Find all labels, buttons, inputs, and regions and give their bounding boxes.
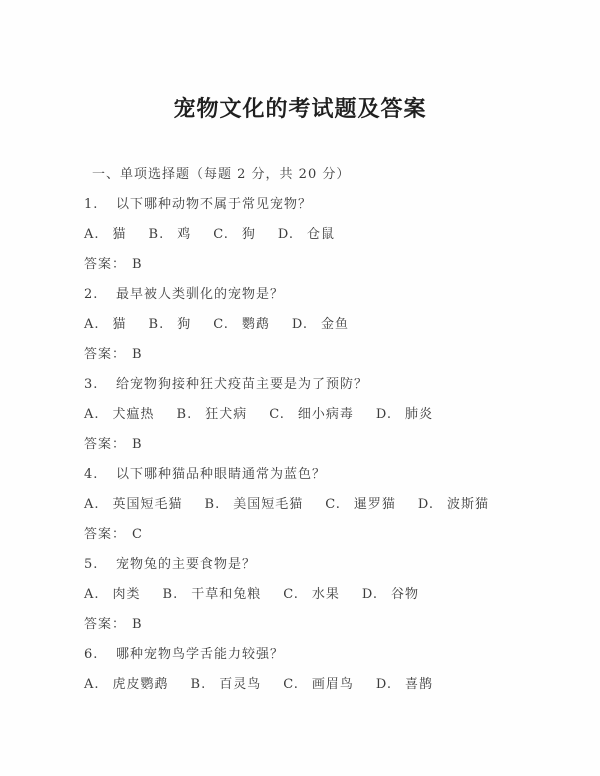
option-text: 狗 bbox=[242, 227, 256, 242]
option-b: B.百灵鸟 bbox=[191, 677, 262, 692]
option-label: C. bbox=[213, 227, 229, 242]
answer-value: C bbox=[132, 527, 143, 542]
option-label: B. bbox=[205, 497, 221, 512]
question-line: 1.以下哪种动物不属于常见宠物？ bbox=[84, 190, 560, 220]
option-label: C. bbox=[213, 317, 229, 332]
option-label: D. bbox=[376, 407, 392, 422]
option-label: D. bbox=[278, 227, 294, 242]
option-a: A.犬瘟热 bbox=[84, 407, 155, 422]
option-label: A. bbox=[84, 497, 100, 512]
option-label: B. bbox=[149, 227, 165, 242]
option-text: 细小病毒 bbox=[298, 407, 354, 422]
option-a: A.肉类 bbox=[84, 587, 141, 602]
option-text: 英国短毛猫 bbox=[113, 497, 183, 512]
option-d: D.波斯猫 bbox=[418, 497, 489, 512]
option-text: 肉类 bbox=[113, 587, 141, 602]
option-label: B. bbox=[191, 677, 207, 692]
option-label: A. bbox=[84, 317, 100, 332]
option-text: 虎皮鹦鹉 bbox=[113, 677, 169, 692]
option-text: 美国短毛猫 bbox=[233, 497, 303, 512]
question-line: 2.最早被人类驯化的宠物是？ bbox=[84, 280, 560, 310]
answer-value: B bbox=[132, 257, 143, 272]
options-line: A.英国短毛猫B.美国短毛猫C.暹罗猫D.波斯猫 bbox=[84, 490, 560, 520]
option-text: 狂犬病 bbox=[205, 407, 247, 422]
question-text: 哪种宠物鸟学舌能力较强？ bbox=[116, 647, 284, 662]
answer-line: 答案：C bbox=[84, 520, 560, 550]
answer-line: 答案：B bbox=[84, 430, 560, 460]
question-text: 以下哪种动物不属于常见宠物？ bbox=[116, 197, 312, 212]
option-label: C. bbox=[269, 407, 285, 422]
option-label: A. bbox=[84, 407, 100, 422]
option-b: B.美国短毛猫 bbox=[205, 497, 304, 512]
option-b: B.狂犬病 bbox=[177, 407, 248, 422]
option-label: D. bbox=[376, 677, 392, 692]
options-line: A.猫B.鸡C.狗D.仓鼠 bbox=[84, 220, 560, 250]
option-d: D.肺炎 bbox=[376, 407, 433, 422]
answer-label: 答案： bbox=[84, 617, 126, 632]
option-text: 狗 bbox=[177, 317, 191, 332]
option-text: 猫 bbox=[113, 317, 127, 332]
option-text: 肺炎 bbox=[405, 407, 433, 422]
option-label: C. bbox=[283, 587, 299, 602]
page-title: 宠物文化的考试题及答案 bbox=[0, 0, 600, 124]
answer-value: B bbox=[132, 347, 143, 362]
option-c: C.水果 bbox=[283, 587, 340, 602]
option-label: C. bbox=[325, 497, 341, 512]
option-label: D. bbox=[362, 587, 378, 602]
option-c: C.细小病毒 bbox=[269, 407, 354, 422]
option-text: 波斯猫 bbox=[447, 497, 489, 512]
question-number: 2. bbox=[84, 280, 116, 310]
options-line: A.猫B.狗C.鹦鹉D.金鱼 bbox=[84, 310, 560, 340]
option-label: A. bbox=[84, 227, 100, 242]
option-text: 鹦鹉 bbox=[242, 317, 270, 332]
question-text: 最早被人类驯化的宠物是？ bbox=[116, 287, 284, 302]
question-line: 3.给宠物狗接种狂犬疫苗主要是为了预防？ bbox=[84, 370, 560, 400]
option-label: A. bbox=[84, 587, 100, 602]
section-heading: 一、单项选择题（每题 2 分，共 20 分） bbox=[84, 160, 560, 190]
option-text: 谷物 bbox=[391, 587, 419, 602]
options-line: A.犬瘟热B.狂犬病C.细小病毒D.肺炎 bbox=[84, 400, 560, 430]
option-b: B.鸡 bbox=[149, 227, 192, 242]
option-c: C.鹦鹉 bbox=[213, 317, 270, 332]
question-number: 3. bbox=[84, 370, 116, 400]
question-line: 4.以下哪种猫品种眼睛通常为蓝色？ bbox=[84, 460, 560, 490]
option-b: B.狗 bbox=[149, 317, 192, 332]
question-text: 给宠物狗接种狂犬疫苗主要是为了预防？ bbox=[116, 377, 368, 392]
option-label: A. bbox=[84, 677, 100, 692]
option-a: A.虎皮鹦鹉 bbox=[84, 677, 169, 692]
answer-label: 答案： bbox=[84, 527, 126, 542]
option-text: 喜鹊 bbox=[405, 677, 433, 692]
option-text: 画眉鸟 bbox=[312, 677, 354, 692]
answer-line: 答案：B bbox=[84, 340, 560, 370]
options-line: A.肉类B.干草和兔粮C.水果D.谷物 bbox=[84, 580, 560, 610]
option-text: 干草和兔粮 bbox=[191, 587, 261, 602]
option-c: C.画眉鸟 bbox=[283, 677, 354, 692]
option-text: 金鱼 bbox=[321, 317, 349, 332]
option-text: 仓鼠 bbox=[307, 227, 335, 242]
option-label: B. bbox=[163, 587, 179, 602]
options-line: A.虎皮鹦鹉B.百灵鸟C.画眉鸟D.喜鹊 bbox=[84, 670, 560, 700]
option-text: 暹罗猫 bbox=[354, 497, 396, 512]
answer-label: 答案： bbox=[84, 437, 126, 452]
option-a: A.猫 bbox=[84, 317, 127, 332]
answer-line: 答案：B bbox=[84, 610, 560, 640]
answer-line: 答案：B bbox=[84, 250, 560, 280]
option-label: B. bbox=[149, 317, 165, 332]
answer-label: 答案： bbox=[84, 347, 126, 362]
option-text: 猫 bbox=[113, 227, 127, 242]
option-d: D.金鱼 bbox=[292, 317, 349, 332]
exam-content: 一、单项选择题（每题 2 分，共 20 分） 1.以下哪种动物不属于常见宠物？ … bbox=[0, 160, 600, 700]
question-number: 4. bbox=[84, 460, 116, 490]
option-label: D. bbox=[418, 497, 434, 512]
question-line: 5.宠物兔的主要食物是？ bbox=[84, 550, 560, 580]
question-text: 以下哪种猫品种眼睛通常为蓝色？ bbox=[116, 467, 326, 482]
option-b: B.干草和兔粮 bbox=[163, 587, 262, 602]
option-c: C.暹罗猫 bbox=[325, 497, 396, 512]
option-d: D.谷物 bbox=[362, 587, 419, 602]
option-text: 水果 bbox=[312, 587, 340, 602]
option-c: C.狗 bbox=[213, 227, 256, 242]
option-text: 百灵鸟 bbox=[219, 677, 261, 692]
option-d: D.喜鹊 bbox=[376, 677, 433, 692]
question-line: 6.哪种宠物鸟学舌能力较强？ bbox=[84, 640, 560, 670]
option-a: A.英国短毛猫 bbox=[84, 497, 183, 512]
answer-value: B bbox=[132, 437, 143, 452]
question-number: 6. bbox=[84, 640, 116, 670]
option-label: D. bbox=[292, 317, 308, 332]
option-text: 鸡 bbox=[177, 227, 191, 242]
option-text: 犬瘟热 bbox=[113, 407, 155, 422]
document-page: 宠物文化的考试题及答案 一、单项选择题（每题 2 分，共 20 分） 1.以下哪… bbox=[0, 0, 600, 776]
option-d: D.仓鼠 bbox=[278, 227, 335, 242]
answer-value: B bbox=[132, 617, 143, 632]
answer-label: 答案： bbox=[84, 257, 126, 272]
question-number: 1. bbox=[84, 190, 116, 220]
question-number: 5. bbox=[84, 550, 116, 580]
option-a: A.猫 bbox=[84, 227, 127, 242]
option-label: B. bbox=[177, 407, 193, 422]
option-label: C. bbox=[283, 677, 299, 692]
question-text: 宠物兔的主要食物是？ bbox=[116, 557, 256, 572]
